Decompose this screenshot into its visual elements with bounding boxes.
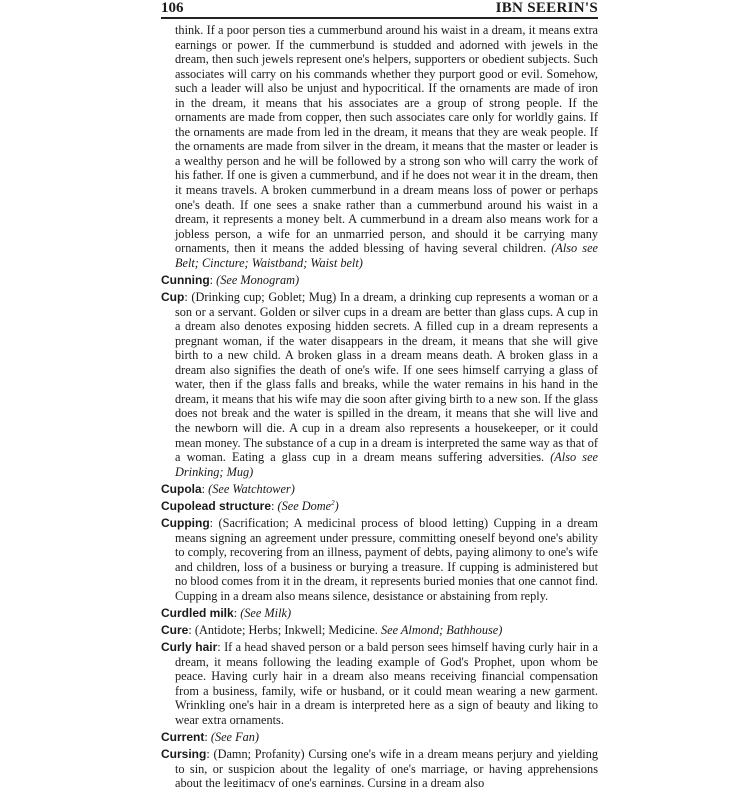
page-body: think. If a poor person ties a cummerbun…: [161, 23, 598, 787]
headword: Cunning: [161, 273, 210, 287]
dictionary-entry-cupola: Cupola: (See Watchtower): [161, 482, 598, 497]
book-page: 106 IBN SEERIN'S think. If a poor person…: [161, 0, 598, 787]
entry-text: If a head shaved person or a bald person…: [175, 640, 598, 727]
see-also-reference: (See Fan): [211, 730, 259, 744]
headword: Cup: [161, 290, 184, 304]
dictionary-entry-cunning: Cunning: (See Monogram): [161, 273, 598, 288]
see-also-close: ): [335, 499, 339, 513]
headword: Cure: [161, 623, 188, 637]
entry-text: (Drinking cup; Goblet; Mug) In a dream, …: [175, 290, 598, 464]
continued-text: think. If a poor person ties a cummerbun…: [175, 23, 598, 255]
see-also-reference: (See Milk): [240, 606, 291, 620]
entry-text: (Antidote; Herbs; Inkwell; Medicine.: [195, 623, 381, 637]
see-also-reference: See Almond; Bathhouse): [381, 623, 502, 637]
dictionary-entry-cursing: Cursing: (Damn; Profanity) Cursing one's…: [161, 747, 598, 787]
dictionary-entry-curdled-milk: Curdled milk: (See Milk): [161, 606, 598, 621]
running-head: 106 IBN SEERIN'S: [161, 0, 598, 19]
running-title: IBN SEERIN'S: [496, 0, 598, 17]
dictionary-entry-curly-hair: Curly hair: If a head shaved person or a…: [161, 640, 598, 727]
see-also-text: (See Dome: [278, 499, 332, 513]
see-also-reference: (See Dome2): [278, 499, 339, 513]
entry-text: (Damn; Profanity) Cursing one's wife in …: [175, 747, 598, 787]
continued-entry-text: think. If a poor person ties a cummerbun…: [161, 23, 598, 270]
dictionary-entry-cupping: Cupping: (Sacrification; A medicinal pro…: [161, 516, 598, 603]
headword: Curly hair: [161, 640, 217, 654]
headword: Cupolead structure: [161, 499, 271, 513]
separator: :: [210, 516, 219, 530]
headword: Current: [161, 730, 204, 744]
dictionary-entry-cup: Cup: (Drinking cup; Goblet; Mug) In a dr…: [161, 290, 598, 479]
entry-text: (Sacrification; A medicinal process of b…: [175, 516, 598, 603]
headword: Cursing: [161, 747, 206, 761]
headword: Curdled milk: [161, 606, 234, 620]
see-also-reference: (See Watchtower): [208, 482, 295, 496]
dictionary-entry-current: Current: (See Fan): [161, 730, 598, 745]
dictionary-entry-cure: Cure: (Antidote; Herbs; Inkwell; Medicin…: [161, 623, 598, 638]
headword: Cupping: [161, 516, 210, 530]
see-also-reference: (See Monogram): [216, 273, 299, 287]
headword: Cupola: [161, 482, 202, 496]
page-number: 106: [161, 0, 184, 17]
dictionary-entry-cupolead-structure: Cupolead structure: (See Dome2): [161, 499, 598, 514]
